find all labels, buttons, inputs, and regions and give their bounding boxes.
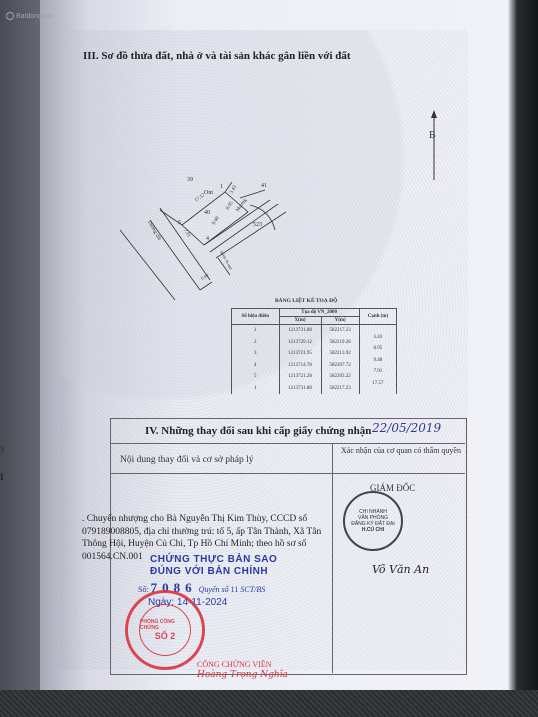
cell-edge: 8.95 bbox=[359, 343, 396, 355]
cell-y: 582217.23 bbox=[321, 325, 359, 337]
north-label: B bbox=[429, 130, 436, 141]
page-edge bbox=[508, 0, 538, 717]
cell-y: 582207.72 bbox=[321, 360, 359, 372]
book-value: 11 bbox=[231, 585, 239, 594]
cell-edge bbox=[359, 320, 396, 332]
road-width-label: 6.00 bbox=[200, 272, 210, 281]
number-label: Số: bbox=[138, 585, 149, 594]
parcel-label: 523 bbox=[253, 222, 262, 228]
feature-label: Kênh 36 ogn bbox=[219, 250, 234, 270]
parcel-map: 39 40 41 523 1 4 5 Ont 3.43 8.95 9.48 7.… bbox=[120, 130, 290, 300]
cell-x: 1213714.78 bbox=[279, 360, 321, 372]
branch-office-stamp: CHI NHÁNH VĂN PHÒNG ĐĂNG KÝ ĐẤT ĐAI H.CỦ… bbox=[343, 491, 403, 551]
cell-edge: 17.57 bbox=[359, 378, 396, 390]
cell-point: 3 bbox=[232, 348, 280, 360]
watermark-logo-icon bbox=[6, 12, 14, 20]
vertex-label: 4 bbox=[206, 236, 209, 242]
cell-x: 1213731.88 bbox=[279, 383, 321, 395]
notary-title: CÔNG CHỨNG VIÊN bbox=[197, 660, 272, 669]
section4-title: IV. Những thay đổi sau khi cấp giấy chứn… bbox=[145, 425, 371, 437]
cell-x: 1213729.12 bbox=[279, 337, 321, 349]
cell-point: 1 bbox=[232, 383, 280, 395]
cell-edge: 3.43 bbox=[359, 332, 396, 344]
cell-x: 1213721.28 bbox=[279, 371, 321, 383]
cell-edge: 9.48 bbox=[359, 355, 396, 367]
fragment-text: I bbox=[0, 464, 4, 490]
certification-stamp: CHỨNG THỰC BẢN SAO ĐÚNG VỚI BẢN CHÍNH bbox=[150, 554, 277, 578]
stamp-line: SỐ 2 bbox=[155, 631, 176, 641]
cell-edge: 7.91 bbox=[359, 366, 396, 378]
north-arrow-icon: B bbox=[428, 110, 448, 180]
vertex-label: 1 bbox=[220, 184, 223, 190]
header-point: Số hiệu điểm bbox=[232, 309, 280, 325]
previous-page-fragment: ? I bbox=[0, 438, 4, 490]
section3-title: III. Sơ đồ thửa đất, nhà ở và tài sản kh… bbox=[83, 50, 351, 62]
certify-line: ĐÚNG VỚI BẢN CHÍNH bbox=[150, 566, 277, 578]
notary-office-stamp: PHÒNG CÔNG CHỨNG SỐ 2 bbox=[125, 590, 205, 670]
vertex-label: 5 bbox=[178, 220, 181, 226]
cell-y: 582219.28 bbox=[321, 337, 359, 349]
fragment-text: ? bbox=[0, 438, 4, 464]
cell-y: 582217.23 bbox=[321, 383, 359, 395]
watermark: Batdongsan bbox=[6, 12, 53, 20]
content-column-header: Nội dung thay đổi và cơ sở pháp lý bbox=[120, 455, 254, 465]
parcel-label: 39 bbox=[187, 177, 193, 183]
coord-table-title: BẢNG LIỆT KÊ TOẠ ĐỘ bbox=[275, 298, 337, 304]
cell-y: 582213.92 bbox=[321, 348, 359, 360]
header-x: X(m) bbox=[279, 317, 321, 325]
book-suffix: SCT/BS bbox=[240, 585, 265, 594]
land-use-label: Ont bbox=[204, 190, 213, 196]
fabric-background bbox=[0, 690, 538, 717]
certify-line: CHỨNG THỰC BẢN SAO bbox=[150, 554, 277, 566]
book-label: Quyển số bbox=[199, 585, 229, 594]
edge-length: 3.43 bbox=[229, 184, 238, 195]
header-y: Y(m) bbox=[321, 317, 359, 325]
handwritten-date: 22/05/2019 bbox=[372, 421, 441, 435]
cell-point: 5 bbox=[232, 371, 280, 383]
header-system: Tọa độ VN_2000 bbox=[279, 309, 359, 317]
cell-y: 582203.22 bbox=[321, 371, 359, 383]
coordinate-table: Số hiệu điểm Tọa độ VN_2000 Cạnh (m) X(m… bbox=[231, 308, 397, 394]
parcel-label: 40 bbox=[204, 210, 210, 216]
cell-point: 4 bbox=[232, 360, 280, 372]
parcel-label: 41 bbox=[261, 183, 267, 189]
cell-x: 1213721.95 bbox=[279, 348, 321, 360]
confirm-column-header: Xác nhận của cơ quan có thẩm quyền bbox=[336, 446, 466, 456]
divider bbox=[110, 443, 465, 444]
table-row: 11213731.88582217.2317.57 bbox=[232, 383, 397, 395]
cell-x: 1213731.88 bbox=[279, 325, 321, 337]
notary-name: Hoàng Trọng Nghĩa bbox=[197, 670, 288, 680]
cell-point: 1 bbox=[232, 325, 280, 337]
signer-name: Võ Văn An bbox=[372, 563, 429, 576]
divider bbox=[110, 473, 465, 474]
watermark-text: Batdongsan bbox=[16, 13, 53, 20]
feature-label: Đường đất bbox=[146, 221, 161, 242]
stamp-line: H.CỦ CHI bbox=[345, 527, 401, 533]
stamp-line: PHÒNG CÔNG CHỨNG bbox=[140, 619, 190, 631]
cell-point: 2 bbox=[232, 337, 280, 349]
